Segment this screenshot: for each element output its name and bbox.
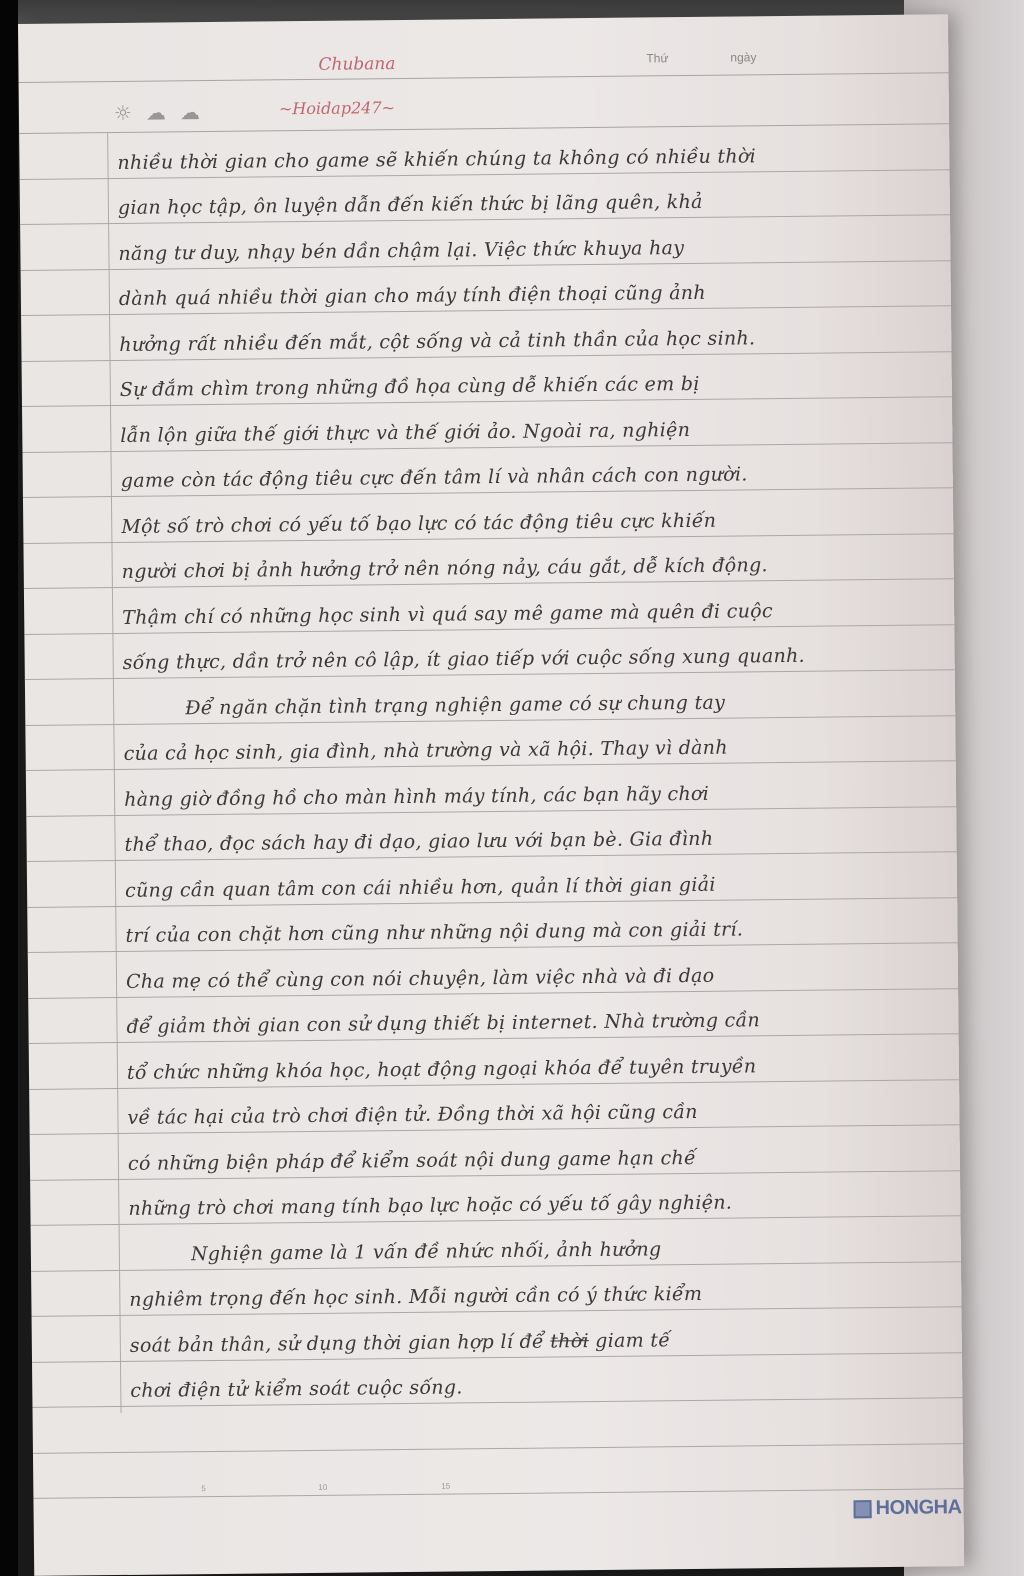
line-text: dành quá nhiều thời gian cho máy tính đi…	[119, 279, 931, 310]
cloud-icon: ☁	[180, 100, 200, 124]
line-text: nhiều thời gian cho game sẽ khiến chúng …	[117, 143, 929, 174]
ruler-number: 5	[201, 1484, 206, 1493]
line-text: hàng giờ đồng hồ cho màn hình máy tính, …	[124, 780, 936, 811]
line-text: sống thực, dần trở nên cô lập, ít giao t…	[123, 643, 935, 674]
line-text: để giảm thời gian con sử dụng thiết bị i…	[126, 1007, 938, 1038]
line-text: hưởng rất nhiều đến mắt, cột sống và cả …	[119, 325, 931, 356]
line-text: cũng cần quan tâm con cái nhiều hơn, quả…	[125, 871, 937, 902]
line-text: chơi điện tử kiểm soát cuộc sống.	[130, 1371, 942, 1402]
line-text: gian học tập, ôn luyện dẫn đến kiến thức…	[118, 188, 930, 219]
line-text: Thậm chí có những học sinh vì quá say mê…	[122, 598, 934, 629]
brand-name: HONGHA	[875, 1496, 961, 1520]
line-text: Nghiện game là 1 vấn đề nhức nhối, ảnh h…	[191, 1235, 941, 1265]
cloud-rain-icon: ☁	[146, 100, 166, 124]
ruler-number: 10	[318, 1483, 327, 1492]
notebook-page: Chubana Thứ ngày ☼ ☁ ☁ ~Hoidap247~ nhiều…	[18, 14, 964, 1576]
date-label: ngày	[730, 50, 756, 64]
line-text: thể thao, đọc sách hay đi dạo, giao lưu …	[124, 825, 936, 856]
watermark-text: ~Hoidap247~	[279, 98, 395, 118]
line-text: những trò chơi mang tính bạo lực hoặc có…	[128, 1189, 940, 1220]
line-text: game còn tác động tiêu cực đến tâm lí và…	[121, 461, 933, 492]
photo-left-edge	[0, 0, 18, 1576]
line-text: Sự đắm chìm trong những đồ họa cùng dễ k…	[120, 370, 932, 401]
line-text: nghiêm trọng đến học sinh. Mỗi người cần…	[129, 1280, 941, 1311]
line-text: tổ chức những khóa học, hoạt động ngoại …	[127, 1053, 939, 1084]
header-rule	[19, 72, 949, 83]
line-text: soát bản thân, sử dụng thời gian hợp lí …	[130, 1326, 942, 1357]
line-text: của cả học sinh, gia đình, nhà trường và…	[124, 734, 936, 765]
line-text: người chơi bị ảnh hưởng trở nên nóng nảy…	[122, 552, 934, 583]
sun-icon: ☼	[114, 101, 132, 125]
line-text: về tác hại của trò chơi điện tử. Đồng th…	[127, 1098, 939, 1129]
brand-logo-icon	[854, 1500, 872, 1518]
line-text: có những biện pháp để kiểm soát nội dung…	[128, 1144, 940, 1175]
footer-brand: HONGHA	[853, 1496, 961, 1520]
header-brand-label: Chubana	[318, 54, 395, 75]
line-text: trí của con chặt hơn cũng như những nội …	[125, 916, 937, 947]
line-text: Để ngăn chặn tình trạng nghiện game có s…	[185, 689, 935, 719]
line-text-main: soát bản thân, sử dụng thời gian hợp lí …	[130, 1330, 544, 1356]
line-text-tail: giam tế	[595, 1329, 670, 1352]
line-text: Cha mẹ có thể cùng con nói chuyện, làm v…	[126, 962, 938, 993]
ruler-number: 15	[441, 1482, 450, 1491]
line-text: năng tư duy, nhạy bén dần chậm lại. Việc…	[118, 234, 930, 265]
weekday-label: Thứ	[646, 51, 668, 65]
crossed-out-word: thời	[550, 1330, 589, 1352]
page-header: Chubana Thứ ngày ☼ ☁ ☁ ~Hoidap247~	[18, 14, 949, 134]
weather-icons: ☼ ☁ ☁	[114, 100, 200, 125]
line-text: Một số trò chơi có yếu tố bạo lực có tác…	[121, 507, 933, 538]
handwritten-essay: nhiều thời gian cho game sẽ khiến chúng …	[19, 124, 963, 1499]
line-text: lẫn lộn giữa thế giới thực và thế giới ả…	[120, 416, 932, 447]
